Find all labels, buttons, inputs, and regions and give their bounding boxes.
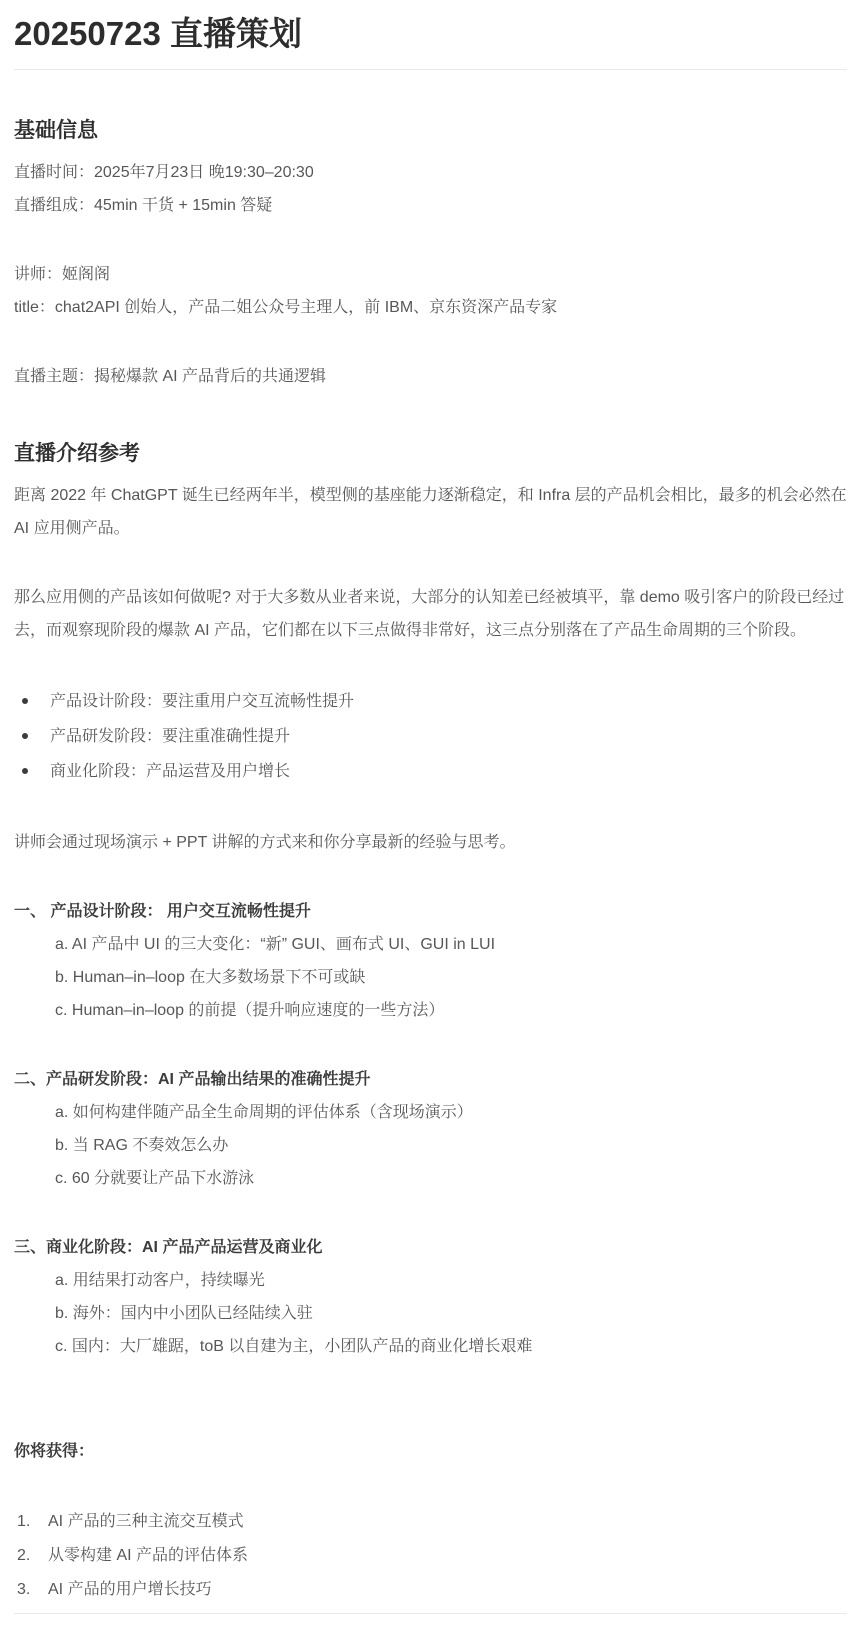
blank-line (14, 790, 847, 826)
document-page: 20250723 直播策划 基础信息 直播时间：2025年7月23日 晚19:3… (0, 0, 861, 1645)
section-heading-intro: 直播介绍参考 (14, 439, 847, 469)
paragraph-live-format: 直播组成：45min 干货 + 15min 答疑 (14, 189, 847, 222)
blank-line (14, 1195, 847, 1231)
stage-bullet-list: 产品设计阶段：要注重用户交互流畅性提升 产品研发阶段：要注重准确性提升 商业化阶… (14, 685, 847, 788)
numbered-item: 1. AI 产品的三种主流交互模式 (14, 1505, 847, 1538)
paragraph-lecturer-title: title：chat2API 创始人，产品二姐公众号主理人，前 IBM、京东资深… (14, 291, 847, 324)
blank-line (14, 545, 847, 581)
numbered-item: 2. 从零构建 AI 产品的评估体系 (14, 1539, 847, 1572)
numbered-item-marker: 2. (14, 1539, 48, 1572)
blank-line (14, 222, 847, 258)
outline-item-3b: b. 海外：国内中小团队已经陆续入驻 (14, 1297, 847, 1330)
bottom-divider (14, 1613, 847, 1614)
outline-heading-3: 三、商业化阶段：AI 产品产品运营及商业化 (14, 1231, 847, 1264)
blank-line (14, 1363, 847, 1399)
title-divider (14, 69, 847, 70)
paragraph-intro-2: 那么应用侧的产品该如何做呢? 对于大多数从业者来说，大部分的认知差已经被填平，靠… (14, 581, 847, 647)
numbered-item-text: 从零构建 AI 产品的评估体系 (48, 1539, 847, 1572)
paragraph-intro-1: 距离 2022 年 ChatGPT 诞生已经两年半，模型侧的基座能力逐渐稳定，和… (14, 479, 847, 545)
outline-item-3c: c. 国内：大厂雄踞，toB 以自建为主，小团队产品的商业化增长艰难 (14, 1330, 847, 1363)
blank-line (14, 1027, 847, 1063)
bullet-item-dev-stage: 产品研发阶段：要注重准确性提升 (14, 720, 847, 753)
outline-item-1b: b. Human–in–loop 在大多数场景下不可或缺 (14, 961, 847, 994)
outline-item-1a: a. AI 产品中 UI 的三大变化：“新” GUI、画布式 UI、GUI in… (14, 928, 847, 961)
paragraph-lecturer: 讲师：姬阁阁 (14, 258, 847, 291)
numbered-item-marker: 3. (14, 1573, 48, 1606)
outline-item-2b: b. 当 RAG 不奏效怎么办 (14, 1129, 847, 1162)
blank-line (14, 647, 847, 683)
numbered-item-marker: 1. (14, 1505, 48, 1538)
blank-line (14, 324, 847, 360)
outline-item-3a: a. 用结果打动客户，持续曝光 (14, 1264, 847, 1297)
paragraph-live-time: 直播时间：2025年7月23日 晚19:30–20:30 (14, 156, 847, 189)
outline-heading-2: 二、产品研发阶段：AI 产品输出结果的准确性提升 (14, 1063, 847, 1096)
gains-numbered-list: 1. AI 产品的三种主流交互模式 2. 从零构建 AI 产品的评估体系 3. … (14, 1505, 847, 1606)
bullet-item-commercial-stage: 商业化阶段：产品运营及用户增长 (14, 755, 847, 788)
paragraph-intro-3: 讲师会通过现场演示 + PPT 讲解的方式来和你分享最新的经验与思考。 (14, 826, 847, 859)
blank-line (14, 859, 847, 895)
numbered-item-text: AI 产品的用户增长技巧 (48, 1573, 847, 1606)
page-title: 20250723 直播策划 (14, 12, 847, 56)
numbered-item: 3. AI 产品的用户增长技巧 (14, 1573, 847, 1606)
outline-item-2c: c. 60 分就要让产品下水游泳 (14, 1162, 847, 1195)
outline-heading-1: 一、 产品设计阶段： 用户交互流畅性提升 (14, 895, 847, 928)
gains-heading: 你将获得： (14, 1435, 847, 1468)
paragraph-live-topic: 直播主题：揭秘爆款 AI 产品背后的共通逻辑 (14, 360, 847, 393)
blank-line (14, 1399, 847, 1435)
numbered-item-text: AI 产品的三种主流交互模式 (48, 1505, 847, 1538)
section-heading-basic-info: 基础信息 (14, 116, 847, 146)
bullet-item-design-stage: 产品设计阶段：要注重用户交互流畅性提升 (14, 685, 847, 718)
outline-item-2a: a. 如何构建伴随产品全生命周期的评估体系（含现场演示） (14, 1096, 847, 1129)
blank-line (14, 1468, 847, 1504)
outline-item-1c: c. Human–in–loop 的前提（提升响应速度的一些方法） (14, 994, 847, 1027)
